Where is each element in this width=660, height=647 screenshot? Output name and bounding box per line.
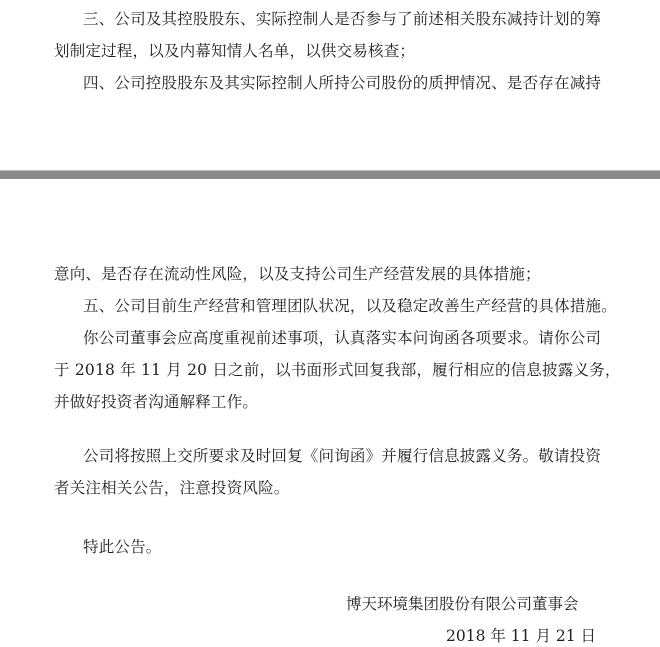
paragraph-item-5: 五、公司目前生产经营和管理团队状况，以及稳定改善生产经营的具体措施。 bbox=[83, 296, 603, 316]
paragraph-item-4-line-1: 四、公司控股股东及其实际控制人所持公司股份的质押情况、是否存在减持 bbox=[83, 73, 603, 93]
paragraph-request-line-1: 你公司董事会应高度重视前述事项，认真落实本问询函各项要求。请你公司 bbox=[83, 328, 603, 348]
signature-date: 2018 年 11 月 21 日 bbox=[446, 626, 596, 646]
paragraph-request-line-2: 于 2018 年 11 月 20 日之前，以书面形式回复我部，履行相应的信息披露… bbox=[54, 360, 574, 380]
paragraph-request-line-3: 并做好投资者沟通解释工作。 bbox=[54, 392, 574, 412]
paragraph-item-3-line-2: 划制定过程，以及内幕知情人名单，以供交易核查； bbox=[54, 41, 574, 61]
paragraph-company-response-line-1: 公司将按照上交所要求及时回复《问询函》并履行信息披露义务。敬请投资 bbox=[83, 446, 603, 466]
paragraph-company-response-line-2: 者关注相关公告，注意投资风险。 bbox=[54, 478, 574, 498]
paragraph-item-4-line-2: 意向、是否存在流动性风险，以及支持公司生产经营发展的具体措施； bbox=[54, 264, 574, 284]
closing-statement: 特此公告。 bbox=[83, 537, 603, 557]
signature-company: 博天环境集团股份有限公司董事会 bbox=[346, 594, 579, 614]
page-break-divider bbox=[0, 170, 660, 179]
paragraph-item-3-line-1: 三、公司及其控股股东、实际控制人是否参与了前述相关股东减持计划的筹 bbox=[83, 9, 603, 29]
